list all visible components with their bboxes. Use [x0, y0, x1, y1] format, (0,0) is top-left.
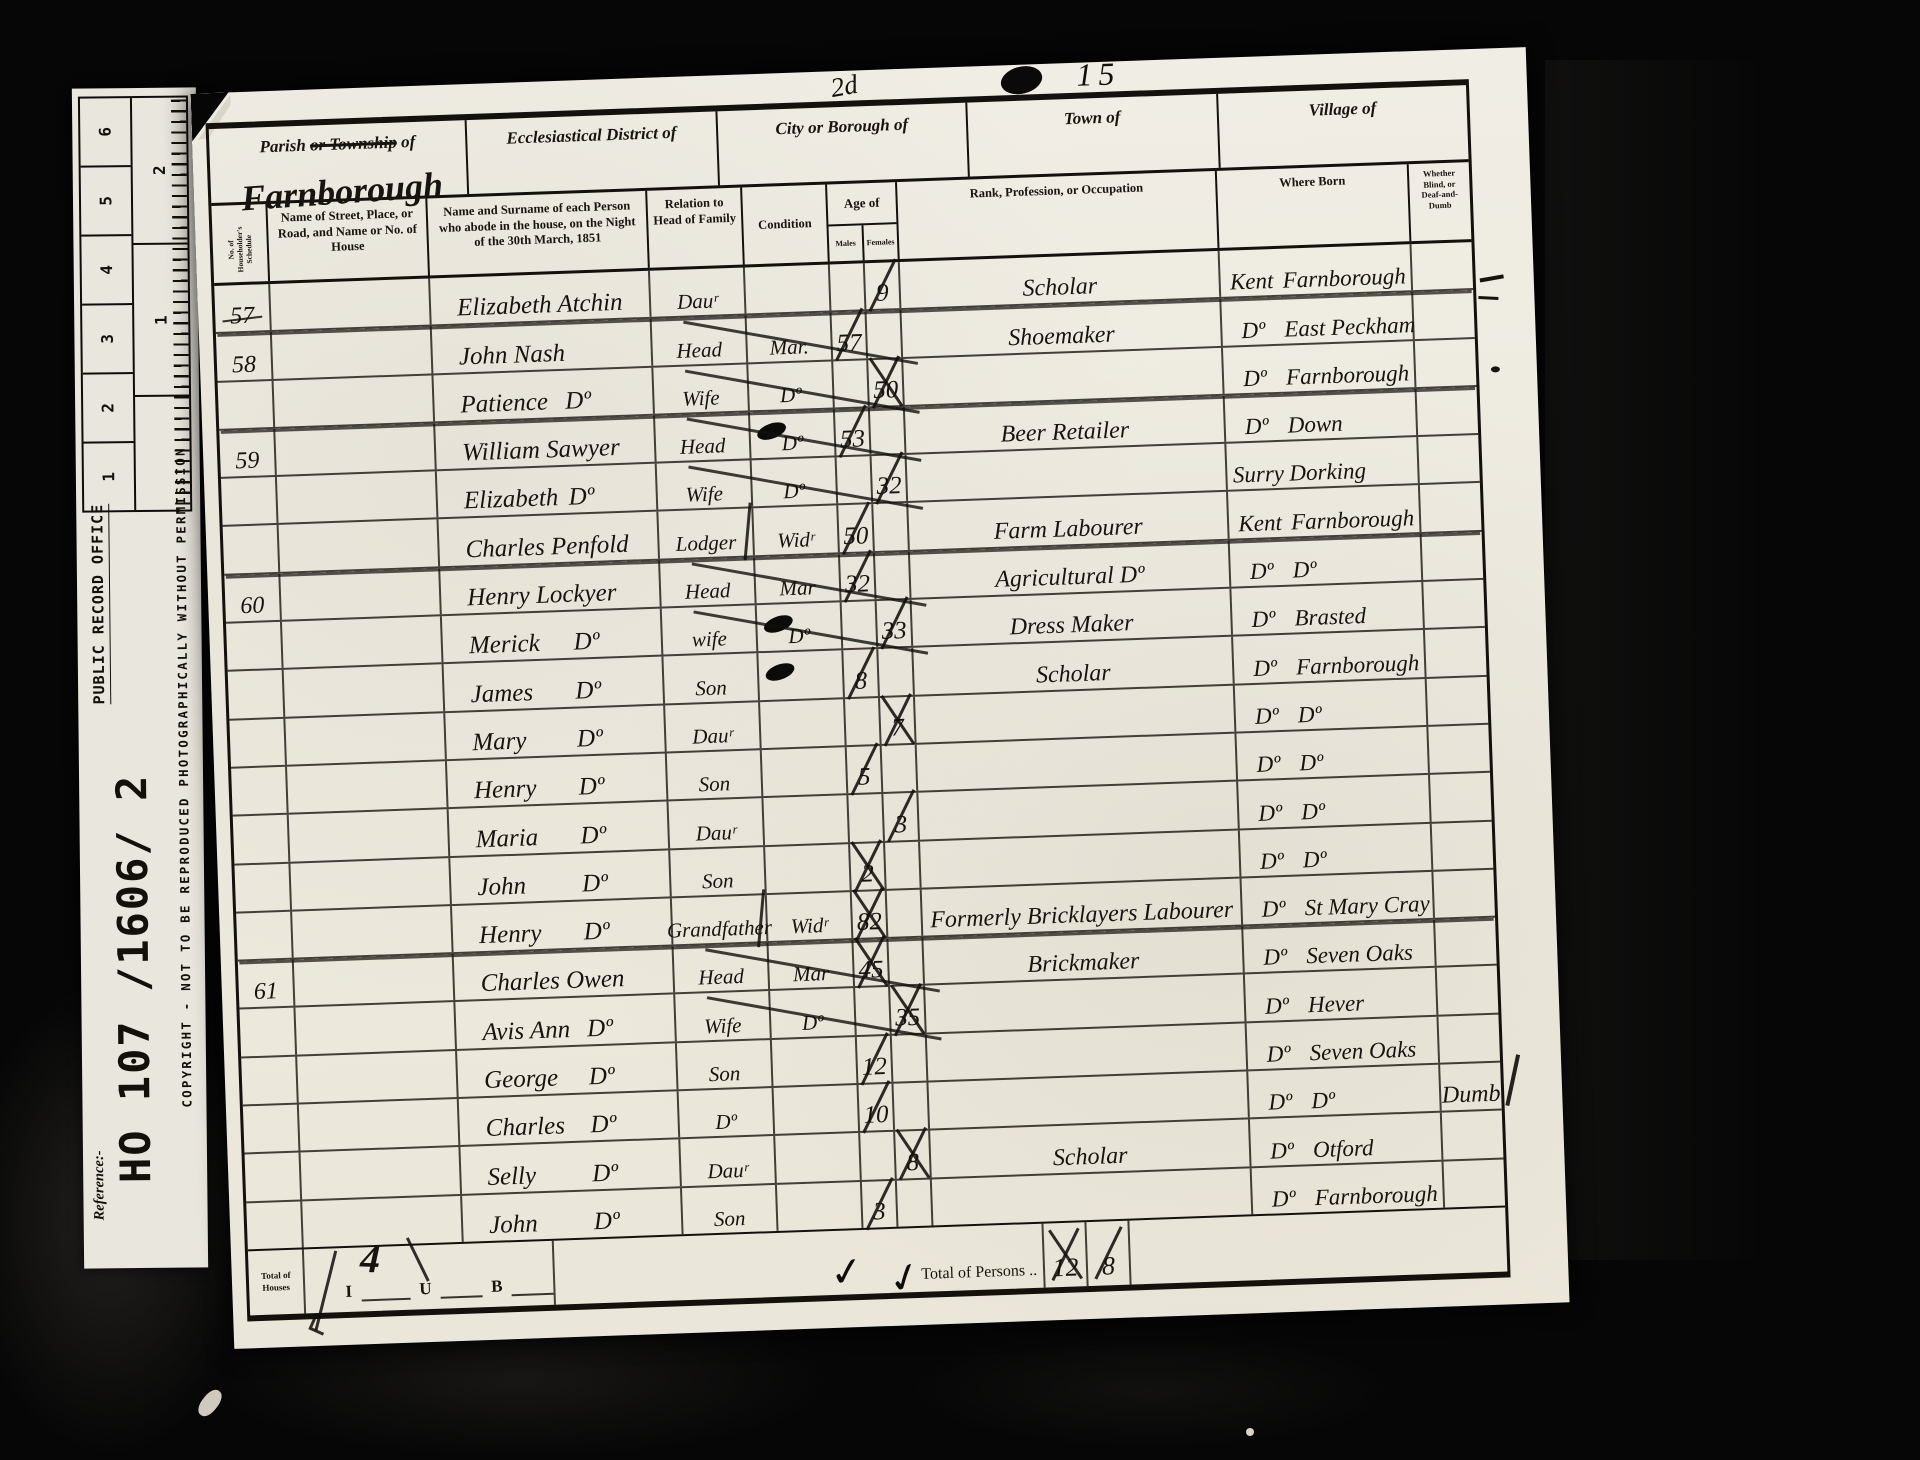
street-cell	[297, 1051, 459, 1103]
schedule-cell	[234, 863, 292, 911]
public-record-office-label: PUBLIC RECORD OFFICE	[88, 486, 116, 704]
village-header-cell: Village of	[1218, 85, 1469, 168]
occupation-cell: Brickmaker	[923, 927, 1244, 984]
age-females-cell	[897, 1179, 934, 1226]
age-males-cell: 2	[850, 842, 887, 889]
age-value: 82	[856, 909, 882, 938]
street-cell	[302, 1196, 464, 1248]
occupation-value: Beer Retailer	[1000, 418, 1129, 449]
ditto-mark: Dº	[573, 629, 600, 658]
age-value: 32	[876, 474, 902, 503]
condition-cell: Widʳ	[767, 892, 854, 941]
age-males-cell: 10	[858, 1084, 895, 1131]
condition-cell: Mar	[768, 940, 855, 989]
birth-place: Seven Oaks	[1306, 940, 1435, 970]
condition-cell: Mar.	[747, 313, 834, 362]
street-cell	[292, 906, 454, 958]
age-males-cell	[830, 263, 867, 310]
condition-cell	[758, 651, 845, 700]
name-cell: JohnDº	[450, 850, 671, 904]
schedule-cell	[229, 718, 287, 766]
schedule-cell	[218, 381, 276, 429]
age-females-cell: 9	[865, 262, 902, 309]
ditto-mark: Dº	[565, 388, 592, 417]
birth-county: Dº	[1232, 607, 1295, 635]
schedule-cell: 58	[216, 332, 274, 380]
infirmity-cell	[1415, 339, 1477, 387]
ditto-mark: Dº	[593, 1208, 620, 1237]
city-header-cell: City or Borough of	[717, 103, 970, 186]
age-females-cell	[870, 407, 907, 454]
birth-place: Dº	[1299, 747, 1428, 777]
occupation-cell	[917, 734, 1238, 791]
age-females-cell	[878, 648, 915, 695]
infirmity-value: Dumb	[1441, 1082, 1501, 1111]
birth-county: Kent	[1229, 510, 1292, 538]
age-males-cell	[845, 698, 882, 745]
birth-place: Seven Oaks	[1309, 1037, 1438, 1067]
birthplace-cell: DºSeven Oaks	[1247, 1016, 1440, 1069]
condition-cell	[763, 795, 850, 844]
birthplace-cell: DºSeven Oaks	[1243, 920, 1436, 973]
ditto-mark: Dº	[590, 1112, 617, 1141]
person-first-name: Henry	[474, 776, 537, 806]
age-value: 12	[861, 1054, 887, 1083]
age-females-cell	[867, 310, 904, 357]
age-females-cell: 7	[880, 696, 917, 743]
blank-line	[361, 1296, 410, 1302]
age-males-cell: 3	[862, 1180, 899, 1227]
condition-cell	[745, 264, 832, 313]
birth-county: Dº	[1246, 993, 1309, 1021]
ditto-mark: Dº	[592, 1160, 619, 1189]
name-cell: HenryDº	[447, 753, 668, 807]
birth-place: Down	[1287, 409, 1416, 439]
occupation-value: Scholar	[1052, 1143, 1128, 1173]
person-name: Charles Penfold	[465, 531, 629, 565]
birth-county: Dº	[1230, 559, 1293, 587]
age-females-cell: 32	[872, 455, 909, 502]
age-males-cell	[860, 1132, 897, 1179]
age-males-cell: 8	[843, 649, 880, 696]
relation-value: Grandfather	[667, 917, 773, 945]
birth-place: Brasted	[1294, 602, 1423, 632]
street-cell	[277, 472, 439, 524]
folio-annotation-right: 15	[1076, 55, 1121, 94]
col-header-age: Age of Males Females	[827, 182, 900, 261]
infirmity-cell	[1425, 628, 1487, 676]
condition-value: Widʳ	[790, 915, 828, 940]
schedule-number: 57	[230, 304, 255, 332]
age-value: 8	[906, 1150, 919, 1178]
microfilm-scan: 6 5 4 3 2 1 2 1 PUBLIC RECORD OFFICE HO …	[0, 0, 1920, 1460]
relation-cell: Son	[677, 1040, 774, 1090]
person-name: John Nash	[458, 340, 565, 372]
birth-county: Kent	[1220, 269, 1283, 297]
ruler-number: 3	[98, 334, 117, 344]
birth-county: Dº	[1244, 945, 1307, 973]
person-first-name: Patience	[460, 389, 548, 420]
birthplace-cell: SurryDorking	[1226, 437, 1419, 490]
census-form: Parish or Township of Farnborough Eccles…	[206, 79, 1511, 1321]
ecclesiastical-header-cell: Ecclesiastical District of	[467, 111, 720, 194]
person-first-name: Henry	[479, 921, 542, 951]
birth-county: Dº	[1242, 896, 1305, 924]
name-cell: ElizabethDº	[437, 464, 658, 518]
occupation-cell	[903, 347, 1224, 404]
infirmity-cell	[1413, 290, 1475, 338]
relation-cell: Lodger	[658, 509, 755, 559]
occupation-cell: Scholar	[913, 637, 1234, 694]
uninhabited-label: U	[419, 1279, 432, 1299]
birth-county: Dº	[1239, 800, 1302, 828]
check-mark: ✓	[827, 1247, 867, 1297]
infirmity-cell	[1437, 966, 1499, 1014]
infirmity-cell	[1411, 242, 1473, 290]
relation-value: wife	[692, 629, 728, 654]
ink-stain	[1480, 274, 1504, 282]
occupation-value: Scholar	[1036, 661, 1112, 691]
name-cell: JohnDº	[462, 1188, 683, 1242]
street-cell	[294, 954, 456, 1006]
ruler-number: 6	[96, 127, 115, 137]
age-value: 7	[891, 715, 904, 743]
occupation-value: Farm Labourer	[993, 515, 1143, 547]
name-cell: MaryDº	[445, 705, 666, 759]
occupation-cell: Shoemaker	[901, 299, 1222, 356]
pen-stroke	[1505, 1054, 1520, 1106]
age-value: 3	[873, 1199, 886, 1227]
col-header-occupation: Rank, Profession, or Occupation	[897, 171, 1219, 259]
relation-value: Wife	[685, 484, 723, 509]
houses-tally-cell: I U B 4	[304, 1241, 556, 1314]
age-males-cell	[848, 794, 885, 841]
schedule-cell	[231, 767, 289, 815]
schedule-cell: 59	[219, 429, 277, 477]
birthplace-cell: DºBrasted	[1231, 582, 1424, 635]
name-cell: William Sawyer	[435, 416, 656, 470]
relation-cell: Dauʳ	[668, 798, 765, 848]
age-males-cell: 5	[847, 746, 884, 793]
person-name: Henry Lockyer	[467, 580, 617, 613]
person-first-name: John	[489, 1211, 539, 1241]
birth-place: Farnborough	[1291, 506, 1420, 536]
person-first-name: Maria	[475, 825, 538, 855]
street-cell	[287, 761, 449, 813]
age-females-cell	[888, 938, 925, 985]
name-cell: Henry Lockyer	[440, 560, 661, 614]
infirmity-cell	[1423, 580, 1485, 628]
birthplace-cell: DºSt Mary Cray	[1242, 872, 1435, 925]
street-cell	[270, 278, 432, 330]
person-first-name: John	[477, 873, 527, 903]
ink-blot	[998, 62, 1045, 98]
relation-value: Head	[698, 966, 744, 992]
name-cell: Charles Owen	[454, 947, 675, 1001]
person-first-name: Selly	[487, 1163, 537, 1193]
ditto-mark: Dº	[583, 919, 610, 948]
occupation-value: Brickmaker	[1027, 950, 1140, 981]
condition-cell: Widʳ	[753, 506, 840, 555]
condition-cell	[772, 1037, 859, 1086]
birthplace-cell: DºDº	[1238, 775, 1431, 828]
birth-place: St Mary Cray	[1304, 892, 1433, 922]
age-females-cell: 8	[895, 1131, 932, 1178]
age-value: 8	[854, 668, 867, 696]
condition-value: Widʳ	[777, 529, 815, 554]
col-header-name: Name and Surname of each Person who abod…	[427, 191, 650, 276]
age-females-cell	[893, 1083, 930, 1130]
film-speck	[1246, 1428, 1254, 1436]
age-males-cell: 50	[838, 505, 875, 552]
ditto-mark: Dº	[578, 774, 605, 803]
birthplace-cell: DºDº	[1230, 534, 1423, 587]
schedule-cell	[226, 622, 284, 670]
occupation-cell	[927, 1023, 1248, 1080]
occupation-cell: Beer Retailer	[905, 396, 1226, 453]
col-header-age-males: Males	[829, 225, 865, 261]
birth-place: Dº	[1292, 554, 1421, 584]
blank-line	[441, 1293, 483, 1298]
ditto-mark: Dº	[587, 1015, 614, 1044]
schedule-cell: 57	[214, 284, 272, 332]
relation-value: Head	[680, 435, 726, 461]
occupation-cell	[915, 685, 1236, 742]
age-value: 3	[894, 812, 907, 840]
infirmity-cell	[1444, 1159, 1506, 1207]
occupation-value: Scholar	[1022, 274, 1098, 304]
street-cell	[274, 375, 436, 427]
schedule-cell	[245, 1153, 303, 1201]
relation-value: Son	[698, 774, 730, 799]
condition-cell: Dº	[770, 988, 857, 1037]
infirmity-cell	[1417, 387, 1479, 435]
birth-county: Surry	[1227, 462, 1290, 490]
occupation-cell: Scholar	[930, 1120, 1251, 1177]
infirmity-cell	[1433, 870, 1495, 918]
age-value: 10	[863, 1102, 889, 1131]
birthplace-cell: DºDº	[1236, 727, 1429, 780]
street-cell	[285, 713, 447, 765]
name-cell: MariaDº	[449, 802, 670, 856]
schedule-number: 59	[235, 449, 260, 477]
street-cell	[289, 809, 451, 861]
relation-value: Wife	[682, 387, 720, 412]
birth-county: Dº	[1252, 1186, 1315, 1214]
col-header-age-females: Females	[863, 224, 897, 260]
schedule-cell	[233, 815, 291, 863]
birth-place: Farnborough	[1296, 651, 1425, 681]
birthplace-cell: DºFarnborough	[1223, 341, 1416, 394]
person-name: Charles Owen	[480, 967, 625, 1000]
relation-cell: Son	[663, 654, 760, 704]
ruler-number: 1	[152, 315, 171, 325]
ruler-outer-scale: 6 5 4 3 2 1	[80, 98, 134, 511]
street-cell	[279, 520, 441, 572]
occupation-value: Shoemaker	[1008, 322, 1116, 353]
person-name: William Sawyer	[462, 435, 621, 468]
schedule-cell	[223, 525, 281, 573]
age-value: 5	[858, 765, 871, 793]
occupation-cell	[928, 1071, 1249, 1128]
name-cell: John Nash	[432, 319, 653, 373]
birth-place: East Peckham	[1284, 313, 1416, 344]
name-cell: HenryDº	[452, 898, 673, 952]
archive-reference-strip: 6 5 4 3 2 1 2 1 PUBLIC RECORD OFFICE HO …	[72, 87, 208, 1268]
inhabited-label: I	[345, 1282, 352, 1302]
street-cell	[301, 1147, 463, 1199]
birth-place: Dorking	[1289, 458, 1418, 488]
birthplace-cell: KentFarnborough	[1220, 244, 1413, 297]
condition-cell	[777, 1182, 864, 1231]
ink-blot	[763, 660, 796, 684]
person-first-name: Charles	[485, 1114, 565, 1145]
birth-county: Dº	[1235, 703, 1298, 731]
infirmity-cell	[1427, 676, 1489, 724]
birth-place: Hever	[1308, 989, 1437, 1019]
occupation-value: Dress Maker	[1009, 611, 1134, 642]
total-males-value: 12	[1052, 1252, 1079, 1287]
relation-value: Dauʳ	[695, 822, 737, 847]
relation-value: Dauʳ	[692, 725, 734, 750]
occupation-cell	[907, 444, 1228, 501]
age-females-cell	[875, 552, 912, 599]
ditto-mark: Dº	[568, 484, 595, 513]
occupation-cell: Farm Labourer	[908, 492, 1229, 549]
birth-county: Dº	[1222, 317, 1285, 345]
relation-value: Dº	[715, 1112, 738, 1137]
birth-place: Dº	[1297, 699, 1426, 729]
age-value: 50	[873, 377, 899, 406]
relation-value: Son	[702, 870, 734, 895]
relation-cell: Dauʳ	[680, 1136, 777, 1186]
person-first-name: Merick	[469, 631, 541, 661]
age-females-cell	[887, 890, 924, 937]
schedule-cell	[241, 1056, 299, 1104]
occupation-cell: Formerly Bricklayers Labourer	[922, 878, 1243, 935]
census-page: 2d 15 Parish or Township of Farnborough …	[190, 47, 1569, 1349]
name-cell: Avis AnnDº	[455, 995, 676, 1049]
infirmity-cell	[1438, 1014, 1500, 1062]
birthplace-cell: DºFarnborough	[1252, 1161, 1445, 1214]
condition-cell	[765, 844, 852, 893]
age-value: 2	[861, 861, 874, 889]
ditto-mark: Dº	[588, 1064, 615, 1093]
name-cell: JamesDº	[444, 657, 665, 711]
ditto-mark: Dº	[582, 870, 609, 899]
ruler-number: 2	[150, 165, 169, 175]
pen-stroke	[406, 1237, 430, 1281]
relation-value: Son	[713, 1208, 745, 1233]
age-males-cell: 82	[852, 891, 889, 938]
occupation-cell: Scholar	[900, 251, 1221, 308]
relation-value: Lodger	[675, 532, 736, 558]
street-cell	[280, 568, 442, 620]
infirmity-cell	[1422, 532, 1484, 580]
relation-value: Dauʳ	[707, 1160, 749, 1185]
birthplace-cell: DºOtford	[1250, 1113, 1443, 1166]
person-first-name: Elizabeth	[463, 486, 558, 517]
condition-cell	[775, 1133, 862, 1182]
age-females-cell: 35	[890, 986, 927, 1033]
occupation-cell	[920, 830, 1241, 887]
birthplace-cell: DºDº	[1248, 1065, 1441, 1118]
age-males-cell: 12	[857, 1036, 894, 1083]
condition-cell	[774, 1085, 861, 1134]
reference-number: HO 107 /1606/ 2	[107, 743, 170, 1184]
schedule-cell	[236, 912, 294, 960]
birth-county: Dº	[1237, 752, 1300, 780]
infirmity-cell	[1430, 773, 1492, 821]
age-value: 33	[881, 618, 907, 647]
total-males-cell: 12	[1043, 1222, 1088, 1287]
age-females-cell: 50	[868, 359, 905, 406]
infirmity-cell	[1418, 435, 1480, 483]
name-cell: MerickDº	[442, 609, 663, 663]
struck-words: or Township	[310, 133, 397, 155]
relation-value: Head	[685, 580, 731, 606]
schedule-cell	[228, 670, 286, 718]
schedule-cell: 61	[238, 960, 296, 1008]
occupation-value: Agricultural Dº	[995, 563, 1145, 595]
ruler-number: 2	[99, 403, 118, 413]
occupation-cell	[918, 782, 1239, 839]
copyright-notice: COPYRIGHT - NOT TO BE REPRODUCED PHOTOGR…	[171, 262, 200, 1107]
name-cell: Charles Penfold	[439, 512, 660, 566]
schedule-number: 60	[240, 594, 265, 622]
birthplace-cell: DºDown	[1225, 389, 1418, 442]
infirmity-cell	[1442, 1111, 1504, 1159]
birth-place: Farnborough	[1282, 265, 1411, 295]
birth-place: Farnborough	[1286, 361, 1415, 391]
folio-annotation-left: 2d	[828, 69, 860, 104]
town-header-cell: Town of	[967, 94, 1220, 177]
street-cell	[290, 858, 452, 910]
infirmity-cell: Dumb	[1440, 1063, 1502, 1111]
age-value: 50	[843, 523, 869, 552]
condition-cell	[762, 747, 849, 796]
col-header-where-born: Where Born	[1217, 164, 1412, 248]
person-first-name: George	[484, 1066, 559, 1097]
condition-cell	[760, 699, 847, 748]
name-cell: Elizabeth Atchin	[430, 271, 651, 325]
schedule-cell	[221, 477, 279, 525]
ink-stain	[1491, 366, 1500, 372]
col-header-condition: Condition	[742, 185, 830, 265]
relation-value: Son	[695, 677, 727, 702]
relation-cell: Dº	[679, 1088, 776, 1138]
ditto-mark: Dº	[577, 726, 604, 755]
birth-place: Dº	[1301, 795, 1430, 825]
totals-empty-cell	[1129, 1207, 1507, 1284]
background-smudge	[1545, 60, 1920, 1260]
schedule-number: 58	[232, 352, 257, 380]
ink-stain	[1478, 296, 1498, 300]
occupation-cell: Dress Maker	[912, 589, 1233, 646]
film-speck	[194, 1386, 225, 1419]
schedule-cell	[239, 1008, 297, 1056]
birth-place: Dº	[1311, 1085, 1440, 1115]
building-label: B	[491, 1276, 503, 1296]
col-header-relation: Relation to Head of Family	[647, 188, 745, 268]
occupation-cell	[925, 975, 1246, 1032]
ditto-mark: Dº	[580, 822, 607, 851]
birthplace-cell: DºEast Peckham	[1221, 292, 1414, 345]
age-females-cell: 3	[883, 793, 920, 840]
relation-cell: Wife	[653, 364, 750, 414]
relation-value: Wife	[704, 1015, 742, 1040]
age-females-cell	[882, 745, 919, 792]
